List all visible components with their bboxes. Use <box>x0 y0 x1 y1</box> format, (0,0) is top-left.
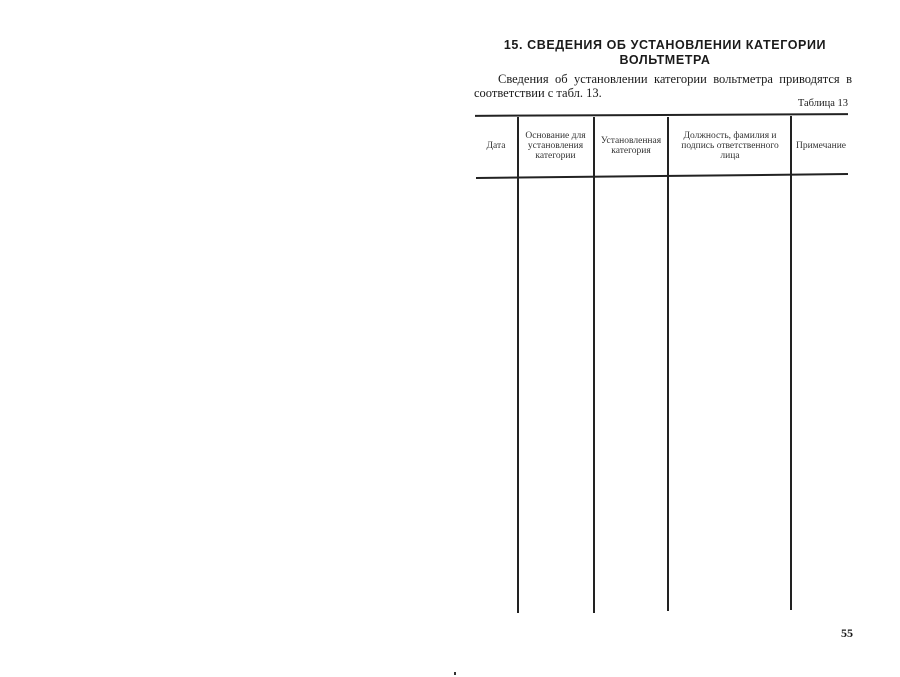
section-title-line-2: ВОЛЬТМЕТРА <box>475 53 855 68</box>
column-divider <box>790 116 792 610</box>
column-header-date: Дата <box>476 118 516 174</box>
page-number: 55 <box>841 626 853 641</box>
table-label: Таблица 13 <box>798 98 848 109</box>
section-title: 15. СВЕДЕНИЯ ОБ УСТАНОВЛЕНИИ КАТЕГОРИИ В… <box>475 38 855 68</box>
table-top-rule <box>475 113 848 117</box>
column-divider <box>517 117 519 613</box>
column-divider <box>667 117 669 611</box>
scan-speck <box>454 672 456 675</box>
column-header-notes: Примечание <box>792 118 850 174</box>
column-header-responsible: Должность, фамилия и подпись ответственн… <box>672 118 788 174</box>
document-page: 15. СВЕДЕНИЯ ОБ УСТАНОВЛЕНИИ КАТЕГОРИИ В… <box>0 0 900 677</box>
section-title-line-1: 15. СВЕДЕНИЯ ОБ УСТАНОВЛЕНИИ КАТЕГОРИИ <box>475 38 855 53</box>
column-header-basis: Основание для установления категории <box>519 118 592 174</box>
column-header-category: Установленная категория <box>595 118 667 174</box>
intro-paragraph: Сведения об установлении категории вольт… <box>474 72 852 100</box>
column-divider <box>593 117 595 613</box>
